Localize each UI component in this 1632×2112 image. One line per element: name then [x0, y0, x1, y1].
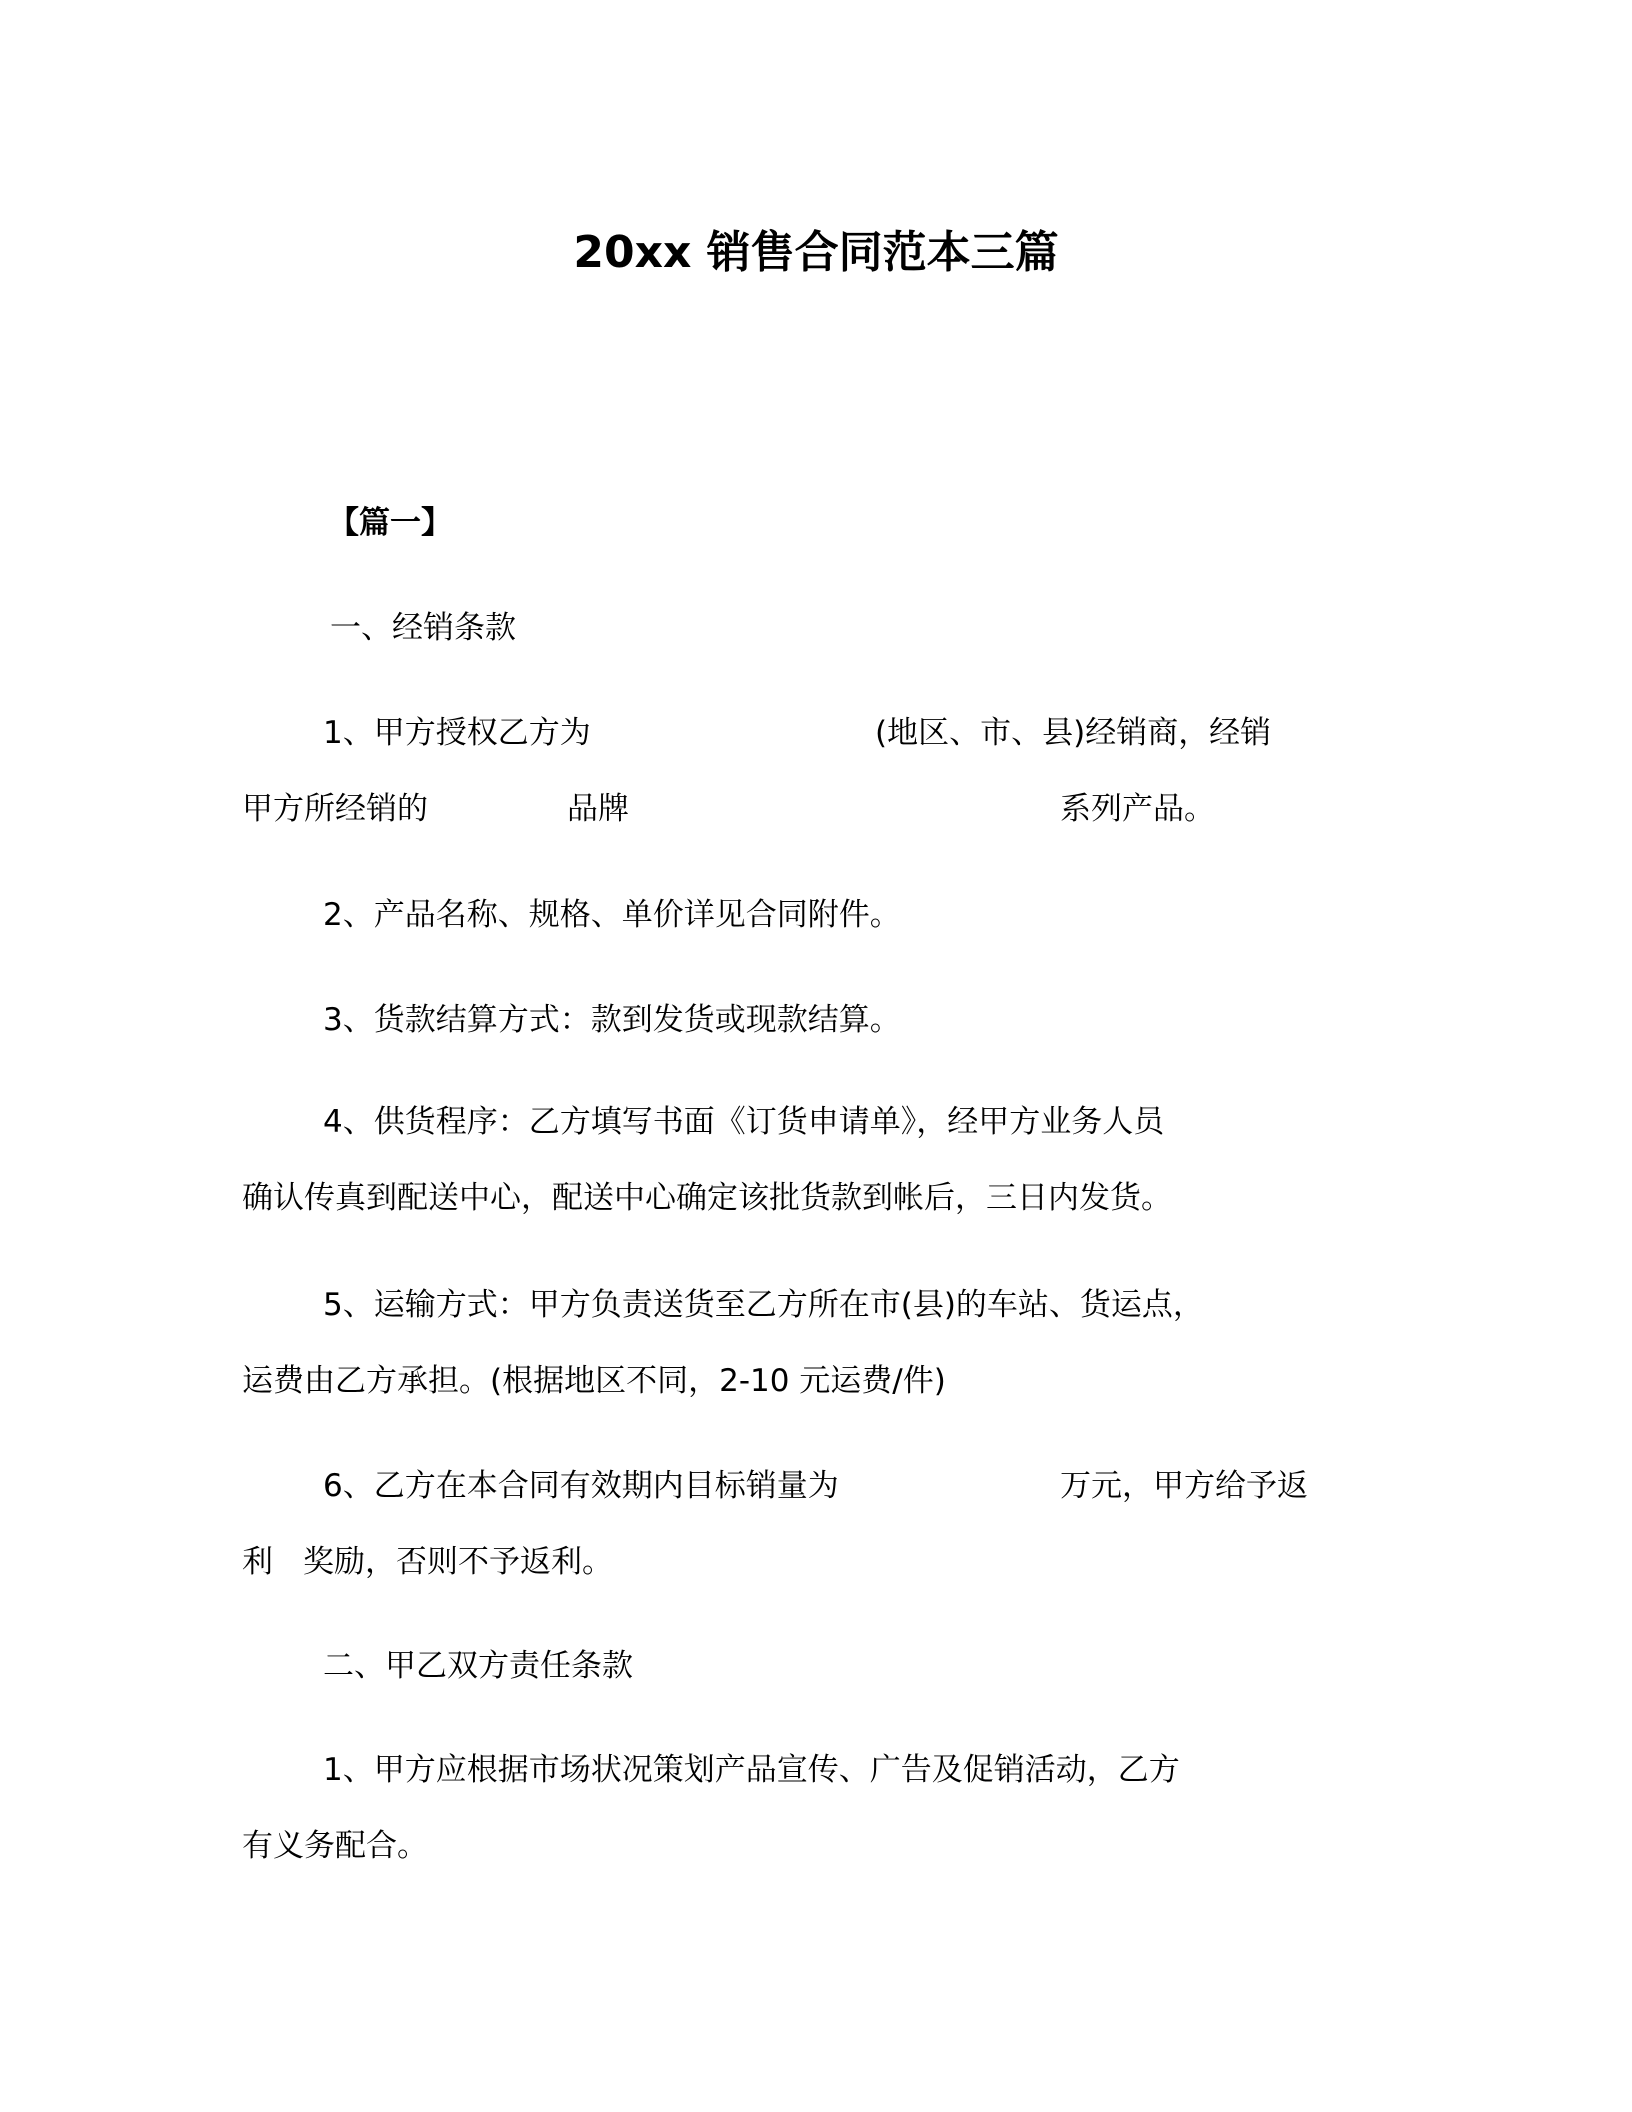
clause-4-line1: 4、供货程序：乙方填写书面《订货申请单》，经甲方业务人员 — [323, 1102, 1164, 1142]
clause-1-line2-part3: 系列产品。 — [1060, 789, 1215, 829]
clause-5-line2: 运费由乙方承担。(根据地区不同，2-10 元运费/件) — [242, 1361, 946, 1401]
clause-6-line1-part1: 6、乙方在本合同有效期内目标销量为 — [323, 1466, 839, 1506]
clause-3: 3、货款结算方式：款到发货或现款结算。 — [323, 1000, 901, 1040]
clause-2: 2、产品名称、规格、单价详见合同附件。 — [323, 895, 901, 935]
duty-1-line2: 有义务配合。 — [242, 1826, 428, 1866]
clause-1-line2-part1: 甲方所经销的 — [242, 789, 428, 829]
clause-1-line1-part1: 1、甲方授权乙方为 — [323, 713, 591, 753]
clause-6-line2-part2: 奖励，否则不予返利。 — [303, 1542, 613, 1582]
clause-1-line2-part2: 品牌 — [567, 789, 629, 829]
section-label: 【篇一】 — [328, 503, 452, 543]
document-title: 20xx 销售合同范本三篇 — [0, 226, 1632, 280]
heading-distribution-terms: 一、经销条款 — [330, 608, 516, 648]
clause-1-line1-part2: (地区、市、县)经销商，经销 — [875, 713, 1271, 753]
clause-6-line2-part1: 利 — [242, 1542, 273, 1582]
clause-5-line1: 5、运输方式：甲方负责送货至乙方所在市(县)的车站、货运点， — [323, 1285, 1204, 1325]
clause-6-line1-part2: 万元，甲方给予返 — [1060, 1466, 1308, 1506]
duty-1-line1: 1、甲方应根据市场状况策划产品宣传、广告及促销活动，乙方 — [323, 1750, 1180, 1790]
heading-responsibility-terms: 二、甲乙双方责任条款 — [323, 1646, 633, 1686]
clause-4-line2: 确认传真到配送中心，配送中心确定该批货款到帐后，三日内发货。 — [242, 1178, 1172, 1218]
document-page: 20xx 销售合同范本三篇 【篇一】 一、经销条款 1、甲方授权乙方为 (地区、… — [0, 0, 1632, 2112]
